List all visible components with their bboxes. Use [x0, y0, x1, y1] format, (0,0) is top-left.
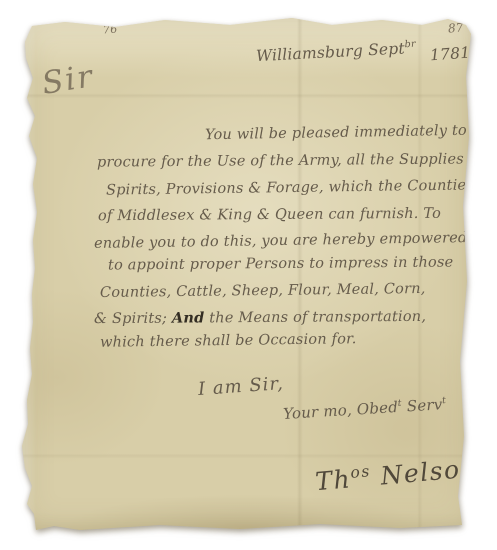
body-line-5: enable you to do this, you are hereby em… — [94, 230, 468, 252]
dateline-month-superscript: br — [404, 39, 416, 51]
dateline-year: 1781 — [429, 44, 470, 65]
body-line-1: You will be pleased immediately to — [205, 123, 467, 144]
body-line-9: which there shall be Occasion for. — [100, 331, 357, 351]
folio-number-left: 76 — [103, 23, 118, 37]
dateline-place: Williamsburg Septbr — [256, 39, 417, 65]
body-line-8-emphasis: And — [172, 309, 205, 326]
valediction-superscript-2: t — [442, 395, 447, 406]
valediction-pre: Your mo, Obed — [283, 398, 399, 423]
closing: I am Sir, — [197, 373, 284, 400]
signature-part-2: Nelson j — [370, 452, 497, 492]
body-line-4: of Middlesex & King & Queen can furnish.… — [98, 206, 441, 224]
body-line-2: procure for the Use of the Army, all the… — [97, 151, 483, 170]
valediction: Your mo, Obedt Servt — [283, 395, 447, 423]
signature-superscript-1: os — [350, 462, 372, 482]
folio-number-right: 87 — [447, 20, 464, 35]
body-line-3: Spirits, Provisions & Forage, which the … — [106, 177, 474, 198]
salutation: Sir — [40, 58, 97, 102]
body-line-6: to appoint proper Persons to impress in … — [108, 254, 454, 273]
dateline-place-text: Williamsburg Sept — [256, 39, 406, 65]
body-line-7: Counties, Cattle, Sheep, Flour, Meal, Co… — [100, 281, 426, 301]
letter-paper: 76 87 Williamsburg Septbr 1781 Sir You w… — [20, 16, 474, 532]
body-line-8: & Spirits; And the Means of transportati… — [94, 308, 426, 327]
manuscript-letter-photo: 76 87 Williamsburg Septbr 1781 Sir You w… — [0, 0, 497, 550]
body-line-8-post: the Means of transportation, — [204, 309, 426, 327]
body-line-8-pre: & Spirits; — [94, 311, 172, 328]
valediction-mid: Serv — [401, 395, 443, 415]
signature: Thos Nelson jr — [314, 451, 497, 497]
signature-part-1: Th — [314, 464, 352, 496]
paper-shadow-wrap: 76 87 Williamsburg Septbr 1781 Sir You w… — [0, 0, 497, 550]
